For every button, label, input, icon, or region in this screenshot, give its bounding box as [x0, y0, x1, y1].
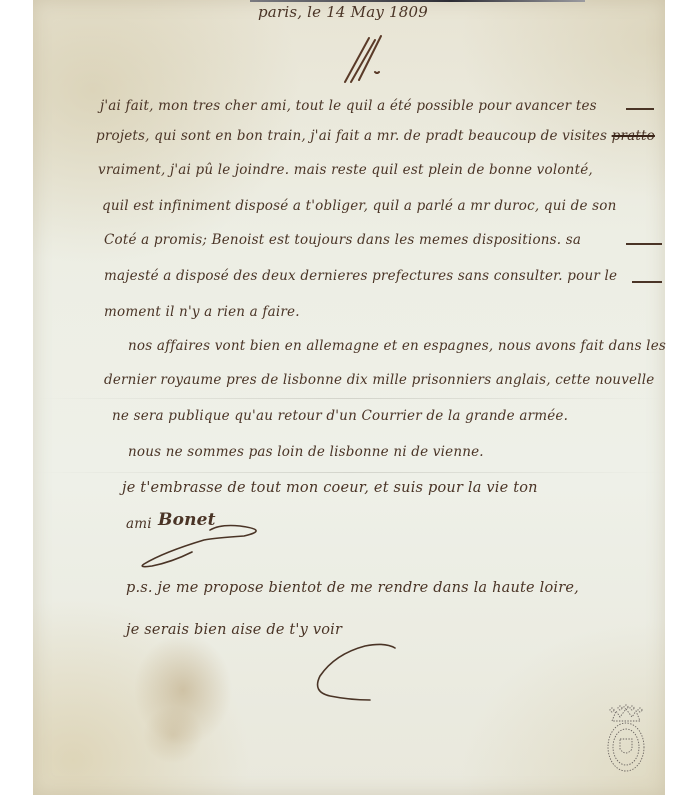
line-dash	[626, 243, 662, 245]
struck-word: pratto	[612, 128, 655, 144]
collector-stamp	[604, 705, 648, 775]
letter-line-6: majesté a disposé des deux dernieres pre…	[104, 268, 617, 284]
letter-line-8: nos affaires vont bien en allemagne et e…	[128, 338, 666, 354]
paper-fold	[33, 472, 665, 473]
signature-flourish	[140, 512, 280, 572]
line-dash	[626, 108, 654, 110]
closing-flourish	[310, 640, 420, 710]
place-date: paris, le 14 May 1809	[258, 3, 428, 21]
letter-line-10: ne sera publique qu'au retour d'un Courr…	[112, 408, 568, 424]
letter-line-3: vraiment, j'ai pû le joindre. mais reste…	[98, 162, 593, 178]
postscript-line-1: p.s. je me propose bientot de me rendre …	[126, 580, 579, 596]
letter-line-9: dernier royaume pres de lisbonne dix mil…	[104, 372, 654, 388]
scan-edge	[250, 0, 585, 2]
letter-line-2-text: projets, qui sont en bon train, j'ai fai…	[96, 128, 607, 144]
letter-line-4: quil est infiniment disposé a t'obliger,…	[102, 198, 616, 214]
letter-line-2: projets, qui sont en bon train, j'ai fai…	[96, 128, 655, 144]
letter-line-12: je t'embrasse de tout mon coeur, et suis…	[122, 480, 538, 496]
letter-line-1: j'ai fait, mon tres cher ami, tout le qu…	[100, 98, 597, 114]
postscript-line-2: je serais bien aise de t'y voir	[126, 622, 342, 638]
letter-line-11: nous ne sommes pas loin de lisbonne ni d…	[128, 444, 484, 460]
salutation-monogram	[335, 30, 395, 90]
line-dash	[632, 281, 662, 283]
paper-fold	[33, 398, 665, 399]
letter-line-7: moment il n'y a rien a faire.	[104, 304, 300, 320]
letter-line-5: Coté a promis; Benoist est toujours dans…	[104, 232, 581, 248]
